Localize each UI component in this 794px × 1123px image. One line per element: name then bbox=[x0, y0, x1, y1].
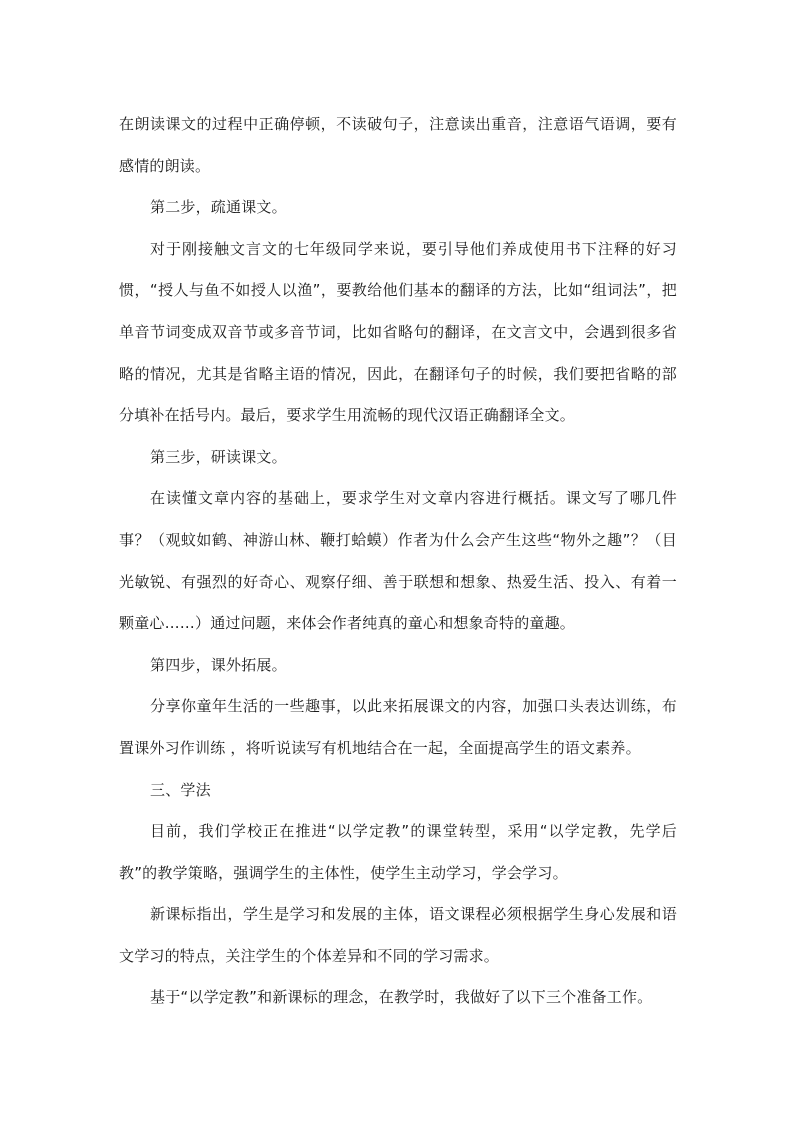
heading-learning-methods: 三、学法 bbox=[119, 770, 677, 812]
paragraph-reading-guidance: 在朗读课文的过程中正确停顿，不读破句子，注意读出重音，注意语气语调，要有感情的朗… bbox=[119, 104, 677, 187]
paragraph-preparation: 基于“以学定教”和新课标的理念，在教学时，我做好了以下三个准备工作。 bbox=[119, 977, 677, 1019]
paragraph-teaching-strategy: 目前，我们学校正在推进“以学定教”的课堂转型，采用“以学定教，先学后教”的教学策… bbox=[119, 811, 677, 894]
heading-step-four: 第四步，课外拓展。 bbox=[119, 645, 677, 687]
paragraph-extension: 分享你童年生活的一些趣事，以此来拓展课文的内容，加强口头表达训练，布置课外习作训… bbox=[119, 686, 677, 769]
paragraph-translation-method: 对于刚接触文言文的七年级同学来说，要引导他们养成使用书下注释的好习惯，“授人与鱼… bbox=[119, 229, 677, 437]
heading-step-two: 第二步，疏通课文。 bbox=[119, 187, 677, 229]
heading-step-three: 第三步，研读课文。 bbox=[119, 437, 677, 479]
paragraph-curriculum-standard: 新课标指出，学生是学习和发展的主体，语文课程必须根据学生身心发展和语文学习的特点… bbox=[119, 894, 677, 977]
paragraph-content-summary: 在读懂文章内容的基础上，要求学生对文章内容进行概括。课文写了哪几件事？（观蚊如鹤… bbox=[119, 478, 677, 644]
document-page: 在朗读课文的过程中正确停顿，不读破句子，注意读出重音，注意语气语调，要有感情的朗… bbox=[119, 104, 677, 1019]
